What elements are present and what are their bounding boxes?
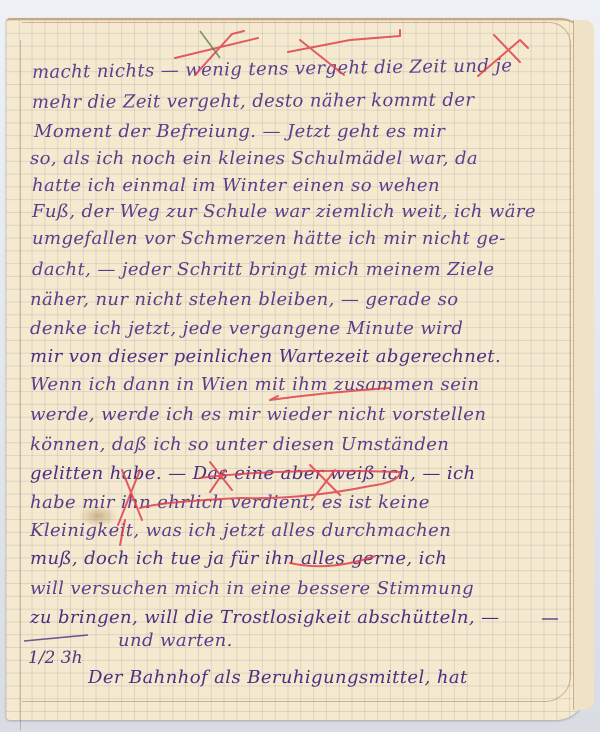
text-line-7: umgefallen vor Schmerzen hätte ich mir n…	[32, 228, 506, 249]
text-line-2: mehr die Zeit vergeht, desto näher kommt…	[32, 90, 474, 113]
text-line-6: Fuß, der Weg zur Schule war ziemlich wei…	[32, 201, 536, 222]
text-line-9: näher, nur nicht stehen bleiben, — gerad…	[30, 289, 459, 310]
text-line-19: will versuchen mich in eine bessere Stim…	[30, 578, 474, 599]
text-line-20: zu bringen, will die Trostlosigkeit absc…	[30, 607, 500, 628]
text-line-18: muß, doch ich tue ja für ihn alles gerne…	[30, 548, 447, 569]
page-stack-edge	[573, 20, 594, 710]
text-line-14: können, daß ich so unter diesen Umstände…	[30, 434, 449, 455]
text-line-4: so, als ich noch ein kleines Schulmädel …	[30, 148, 478, 169]
text-line-11: mir von dieser peinlichen Wartezeit abge…	[30, 346, 501, 367]
text-line-12: Wenn ich dann in Wien mit ihm zusammen s…	[30, 374, 479, 395]
text-line-3: Moment der Befreiung. — Jetzt geht es mi…	[34, 121, 445, 142]
text-line-15: gelitten habe. — Das eine aber weiß ich,…	[30, 463, 476, 484]
text-line-21: und warten.	[118, 630, 233, 651]
text-line-8: dacht, — jeder Schritt bringt mich meine…	[32, 259, 494, 280]
text-line-10: denke ich jetzt, jede vergangene Minute …	[30, 318, 463, 339]
text-line-16: habe mir ihn ehrlich verdient, es ist ke…	[30, 492, 430, 513]
text-line-17: Kleinigkeit, was ich jetzt alles durchma…	[30, 520, 451, 541]
binding-edge	[20, 40, 21, 730]
text-line-13: werde, werde ich es mir wieder nicht vor…	[30, 404, 486, 425]
final-line: Der Bahnhof als Beruhigungsmittel, hat	[88, 667, 468, 688]
text-line-5: hatte ich einmal im Winter einen so wehe…	[32, 175, 440, 196]
time-note: 1/2 3h	[28, 648, 83, 668]
scanned-notebook-page: macht nichts — wenig tens vergeht die Ze…	[0, 0, 600, 732]
